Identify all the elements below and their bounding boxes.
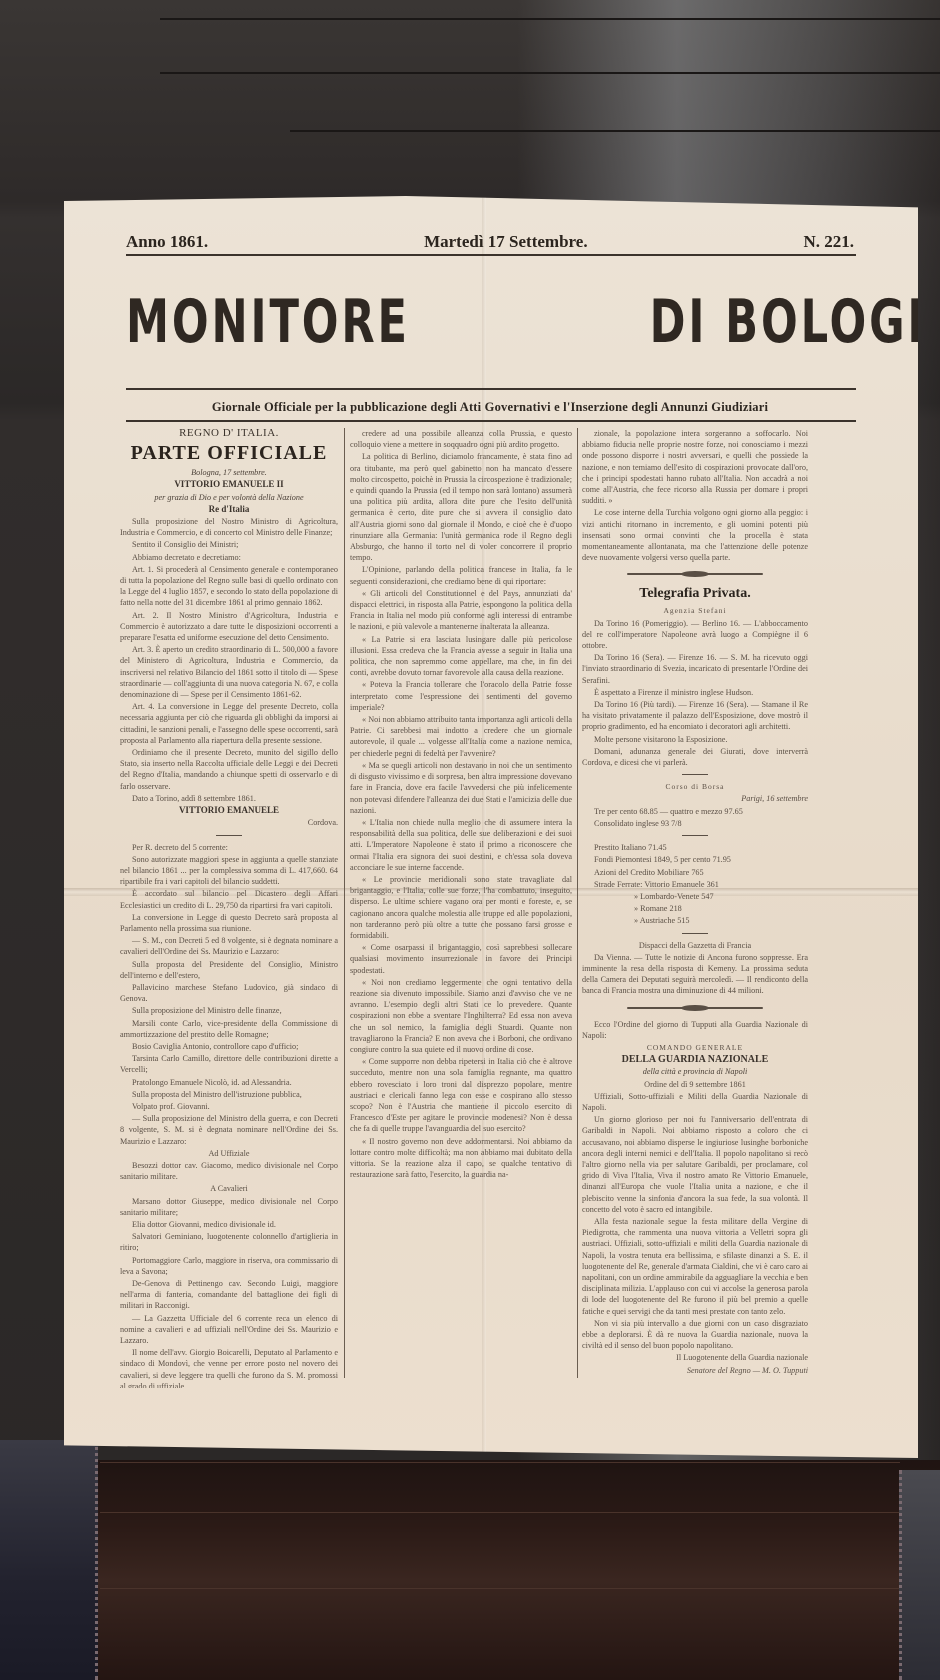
telegraph-agency: Agenzia Stefani: [582, 605, 808, 616]
knight-entry: Il nome dell'avv. Giorgio Boicarelli, De…: [120, 1347, 338, 1388]
king-formula: per grazia di Dio e per volontà della Na…: [120, 492, 338, 503]
order-signature-2: Senatore del Regno — M. O. Tupputi: [582, 1365, 808, 1376]
wooden-floor-lower: [0, 1460, 940, 1680]
decree-paragraph: È accordato sul bilancio pel Dicastero d…: [120, 888, 338, 910]
article-paragraph: « Il nostro governo non deve addormentar…: [350, 1136, 572, 1181]
order-kicker: COMANDO GENERALE: [582, 1042, 808, 1053]
article-paragraph: « Noi non crediamo leggermente che ogni …: [350, 977, 572, 1055]
subtitle-rule-bottom: [126, 420, 856, 422]
decree-paragraph: Sulla proposizione del Ministro delle fi…: [120, 1005, 338, 1016]
masthead: MONITORE DI BOLOGNA: [126, 272, 854, 372]
dateline: Bologna, 17 settembre.: [120, 467, 338, 478]
given-at: Dato a Torino, addì 8 settembre 1861.: [120, 793, 338, 804]
separator: [216, 835, 242, 836]
fabric-edge-left: [0, 1440, 98, 1680]
knight-entry: Marsano dottor Giuseppe, medico division…: [120, 1196, 338, 1218]
telegraph-item: Da Torino 16 (Più tardi). — Firenze 16 (…: [582, 699, 808, 733]
article-paragraph: credere ad una possibile alleanza colla …: [350, 428, 572, 450]
king-title: Re d'Italia: [120, 504, 338, 515]
order-signature-1: Il Luogotenente della Guardia nazionale: [582, 1352, 808, 1363]
market-line: Fondi Piemontesi 1849, 5 per cento 71.95: [582, 854, 808, 865]
decree-paragraph: Sulla proposta del Presidente del Consig…: [120, 959, 338, 981]
knight-entry: De-Genova di Pettinengo cav. Secondo Lui…: [120, 1278, 338, 1312]
bourse-line: Tre per cento 68.85 — quattro e mezzo 97…: [582, 806, 808, 817]
floor-board-seam: [100, 1588, 900, 1589]
decree-paragraph: Bosio Caviglia Antonio, controllore capo…: [120, 1041, 338, 1052]
article-paragraph: « Poteva la Francia tollerare che l'orac…: [350, 679, 572, 713]
article-paragraph: « Come osarpassi il brigantaggio, così s…: [350, 942, 572, 976]
article-paragraph: Le cose interne della Turchia volgono og…: [582, 507, 808, 563]
decree-paragraph: Ordiniamo che il presente Decreto, munit…: [120, 747, 338, 792]
decree-paragraph: Pallavicino marchese Stefano Ludovico, g…: [120, 982, 338, 1004]
article-paragraph: « Noi non abbiamo attribuito tanta impor…: [350, 714, 572, 759]
section-title-official: PARTE OFFICIALE: [120, 441, 338, 465]
telegraph-item: Domani, adunanza generale dei Giurati, d…: [582, 746, 808, 768]
column-divider: [577, 428, 578, 1378]
decree-paragraph: Sulla proposizione del Nostro Ministro d…: [120, 516, 338, 538]
kingdom-heading: REGNO D' ITALIA.: [120, 428, 338, 439]
officer-entry: Besozzi dottor cav. Giacomo, medico divi…: [120, 1160, 338, 1182]
order-paragraph: Non vi sia più intervallo a due giorni c…: [582, 1318, 808, 1352]
knight-entry: Salvatori Geminiano, luogotenente colonn…: [120, 1231, 338, 1253]
countersign: Cordova.: [120, 817, 338, 828]
decree-signature: VITTORIO EMANUELE: [120, 805, 338, 816]
decree-paragraph: Art. 1. Si procederà al Censimento gener…: [120, 564, 338, 609]
article-paragraph: La politica di Berlino, diciamolo franca…: [350, 451, 572, 563]
separator: [682, 835, 708, 836]
dateline-bar: Anno 1861. Martedì 17 Settembre. N. 221.: [126, 232, 854, 252]
telegraph-item: Da Torino 16 (Pomeriggio). — Berlino 16.…: [582, 618, 808, 652]
gazette-item: Da Vienna. — Tutte le notizie di Ancona …: [582, 952, 808, 997]
decree-paragraph: Pratolongo Emanuele Nicolò, id. ad Aless…: [120, 1077, 338, 1088]
floor-board-seam: [160, 18, 940, 20]
bourse-line: Consolidato inglese 93 7/8: [582, 818, 808, 829]
market-line: » Austriache 515: [582, 915, 808, 926]
bourse-dateline: Parigi, 16 settembre: [582, 793, 808, 804]
masthead-title-right: DI BOLOGNA: [650, 287, 940, 357]
decree-paragraph: Art. 2. Il Nostro Ministro d'Agricoltura…: [120, 610, 338, 644]
subtitle-rule-top: [126, 388, 856, 390]
king-name: VITTORIO EMANUELE II: [120, 479, 338, 490]
decree-paragraph: — Sulla proposizione del Ministro della …: [120, 1113, 338, 1147]
ornamental-divider: [627, 569, 763, 579]
decree-paragraph: Per R. decreto del 5 corrente:: [120, 842, 338, 853]
knight-entry: Portomaggiore Carlo, maggiore in riserva…: [120, 1255, 338, 1277]
knight-entry: Elia dottor Giovanni, medico divisionale…: [120, 1219, 338, 1230]
article-paragraph: zionale, la popolazione intera sorgerann…: [582, 428, 808, 506]
floor-board-seam: [160, 72, 940, 74]
article-paragraph: « La Patrie si era lasciata lusingare da…: [350, 634, 572, 679]
column-2: credere ad una possibile alleanza colla …: [350, 428, 572, 1388]
floor-board-seam: [100, 1462, 900, 1463]
column-1: REGNO D' ITALIA. PARTE OFFICIALE Bologna…: [120, 428, 338, 1388]
market-line: Strade Ferrate: Vittorio Emanuele 361: [582, 879, 808, 890]
ornamental-divider: [627, 1003, 763, 1013]
fabric-edge-right: [899, 1470, 940, 1680]
decree-paragraph: Sono autorizzate maggiori spese in aggiu…: [120, 854, 338, 888]
order-paragraph: Alla festa nazionale segue la festa mili…: [582, 1216, 808, 1317]
masthead-title-left: MONITORE: [126, 287, 410, 357]
issue-number: N. 221.: [803, 232, 854, 252]
market-line: » Romane 218: [582, 903, 808, 914]
order-intro: Ecco l'Ordine del giorno di Tupputi alla…: [582, 1019, 808, 1041]
market-line: » Lombardo-Venete 547: [582, 891, 808, 902]
telegraph-item: Molte persone visitarono la Esposizione.: [582, 734, 808, 745]
decree-paragraph: Art. 3. È aperto un credito straordinari…: [120, 644, 338, 700]
market-line: Prestito Italiano 71.45: [582, 842, 808, 853]
decree-paragraph: Abbiamo decretato e decretiamo:: [120, 552, 338, 563]
decree-paragraph: Marsili conte Carlo, vice-presidente del…: [120, 1018, 338, 1040]
floor-board-seam: [290, 130, 940, 132]
telegraph-title: Telegrafia Privata.: [582, 585, 808, 603]
decree-paragraph: Sentito il Consiglio dei Ministri;: [120, 539, 338, 550]
decree-paragraph: Tarsinta Carlo Camillo, direttore delle …: [120, 1053, 338, 1075]
order-address: Uffiziali, Sotto-uffiziali e Militi dell…: [582, 1091, 808, 1113]
article-paragraph: « Come supporre non debba ripetersi in I…: [350, 1056, 572, 1134]
gazette-title: Dispacci della Gazzetta di Francia: [582, 940, 808, 951]
floor-board-seam: [100, 1512, 900, 1513]
separator: [682, 774, 708, 775]
rank-heading: Ad Uffiziale: [120, 1148, 338, 1159]
separator: [682, 933, 708, 934]
article-paragraph: « Le provincie meridionali sono state tr…: [350, 874, 572, 941]
newspaper-page: Anno 1861. Martedì 17 Settembre. N. 221.…: [64, 196, 918, 1458]
article-paragraph: L'Opinione, parlando della politica fran…: [350, 564, 572, 586]
decree-paragraph: Art. 4. La conversione in Legge del pres…: [120, 701, 338, 746]
masthead-subtitle: Giornale Officiale per la pubblicazione …: [126, 400, 854, 415]
column-divider: [344, 428, 345, 1378]
order-title: DELLA GUARDIA NAZIONALE: [582, 1054, 808, 1065]
telegraph-item: È aspettato a Firenze il ministro ingles…: [582, 687, 808, 698]
year-label: Anno 1861.: [126, 232, 208, 252]
decree-paragraph: Sulla proposta del Ministro dell'istruzi…: [120, 1089, 338, 1100]
knight-entry: — La Gazzetta Ufficiale del 6 corrente r…: [120, 1313, 338, 1347]
bourse-title: Corso di Borsa: [582, 781, 808, 792]
order-date: Ordine del dì 9 settembre 1861: [582, 1079, 808, 1090]
article-paragraph: « Ma se quegli articoli non destavano in…: [350, 760, 572, 816]
decree-paragraph: Volpato prof. Giovanni.: [120, 1101, 338, 1112]
article-paragraph: « L'Italia non chiede nulla meglio che d…: [350, 817, 572, 873]
top-rule: [126, 254, 856, 256]
decree-paragraph: La conversione in Legge di questo Decret…: [120, 912, 338, 934]
order-subtitle: della città e provincia di Napoli: [582, 1066, 808, 1077]
decree-paragraph: — S. M., con Decreti 5 ed 8 volgente, si…: [120, 935, 338, 957]
order-paragraph: Un giorno glorioso per noi fu l'annivers…: [582, 1114, 808, 1215]
date-label: Martedì 17 Settembre.: [424, 232, 588, 252]
rank-heading: A Cavalieri: [120, 1183, 338, 1194]
telegraph-item: Da Torino 16 (Sera). — Firenze 16. — S. …: [582, 652, 808, 686]
column-3: zionale, la popolazione intera sorgerann…: [582, 428, 808, 1388]
market-line: Azioni del Credito Mobiliare 765: [582, 867, 808, 878]
article-paragraph: « Gli articoli del Constitutionnel e del…: [350, 588, 572, 633]
